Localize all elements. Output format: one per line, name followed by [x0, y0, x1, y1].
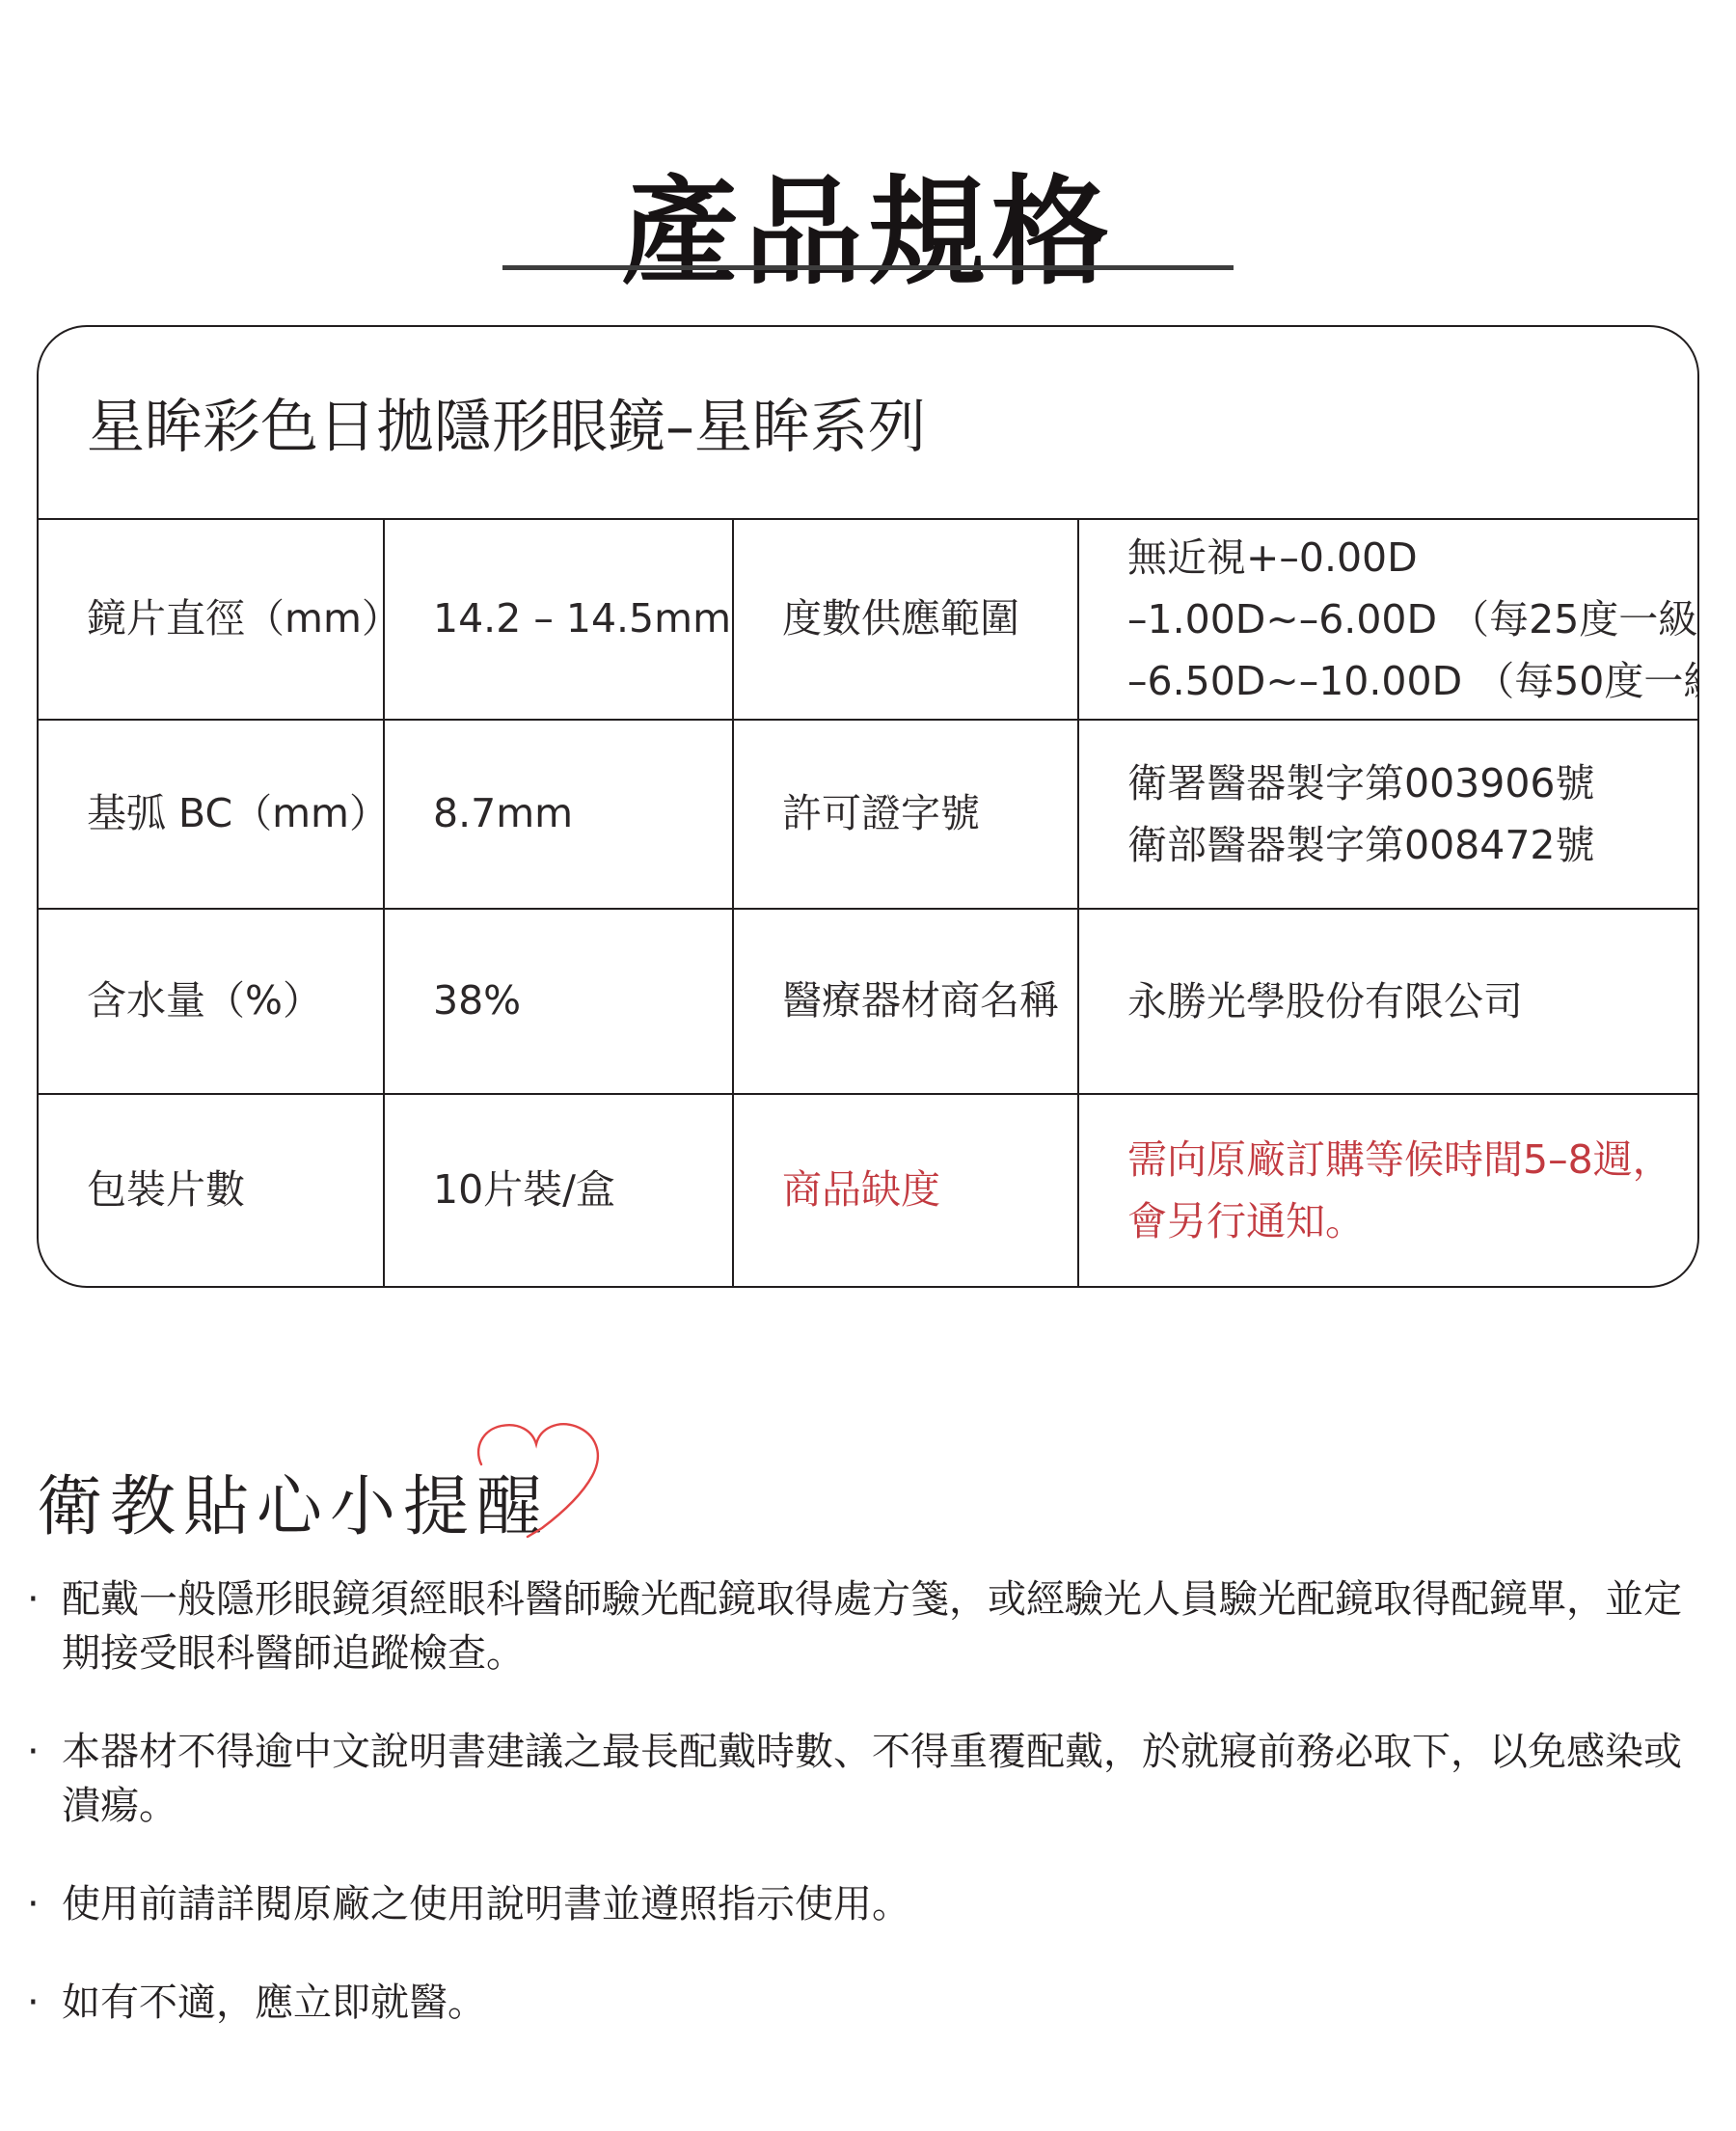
power-range-line: –6.50D~–10.00D （每50度一級） [1127, 650, 1697, 712]
bullet-dot: · [27, 1877, 62, 1931]
spec-label-water-content: 含水量（%） [39, 908, 383, 1093]
spec-table: 星眸彩色日拋隱形眼鏡–星眸系列 鏡片直徑（mm） 14.2 – 14.5mm 度… [37, 325, 1699, 1288]
spec-value-product-shortage: 需向原廠訂購等候時間5–8週， 會另行通知。 [1077, 1093, 1697, 1286]
spec-value-pack-quantity: 10片裝/盒 [383, 1093, 732, 1286]
shortage-line: 需向原廠訂購等候時間5–8週， [1127, 1129, 1672, 1190]
spec-label-diameter: 鏡片直徑（mm） [39, 518, 383, 719]
spec-value-water-content: 38% [383, 908, 732, 1093]
license-line: 衛署醫器製字第003906號 [1127, 752, 1595, 814]
shortage-line: 會另行通知。 [1127, 1190, 1672, 1252]
spec-value-diameter: 14.2 – 14.5mm [383, 518, 732, 719]
note-item: · 使用前請詳閱原廠之使用說明書並遵照指示使用。 [27, 1877, 1707, 1931]
spec-label-base-curve: 基弧 BC（mm） [39, 719, 383, 908]
note-item: · 配戴一般隱形眼鏡須經眼科醫師驗光配鏡取得處方箋，或經驗光人員驗光配鏡取得配鏡… [27, 1572, 1707, 1680]
note-text: 配戴一般隱形眼鏡須經眼科醫師驗光配鏡取得處方箋，或經驗光人員驗光配鏡取得配鏡單，… [62, 1572, 1707, 1680]
note-text: 使用前請詳閱原廠之使用說明書並遵照指示使用。 [62, 1877, 1707, 1931]
heart-outline-path [478, 1424, 598, 1537]
company-line: 永勝光學股份有限公司 [1127, 970, 1523, 1032]
spec-label-product-shortage: 商品缺度 [732, 1093, 1077, 1286]
spec-table-title: 星眸彩色日拋隱形眼鏡–星眸系列 [39, 327, 1697, 518]
license-line: 衛部醫器製字第008472號 [1127, 814, 1595, 876]
spec-label-power-range: 度數供應範圍 [732, 518, 1077, 719]
spec-value-license-number: 衛署醫器製字第003906號 衛部醫器製字第008472號 [1077, 719, 1697, 908]
note-text: 本器材不得逾中文說明書建議之最長配戴時數、不得重覆配戴，於就寢前務必取下，以免感… [62, 1725, 1707, 1833]
note-item: · 如有不適，應立即就醫。 [27, 1976, 1707, 2030]
bullet-dot: · [27, 1725, 62, 1833]
spec-value-company: 永勝光學股份有限公司 [1077, 908, 1697, 1093]
spec-label-pack-quantity: 包裝片數 [39, 1093, 383, 1286]
power-range-line: –1.00D~–6.00D （每25度一級） [1127, 588, 1697, 650]
power-range-line: 無近視+–0.00D [1127, 527, 1697, 588]
spec-label-license-number: 許可證字號 [732, 719, 1077, 908]
bullet-dot: · [27, 1572, 62, 1680]
bullet-dot: · [27, 1976, 62, 2030]
spec-label-company: 醫療器材商名稱 [732, 908, 1077, 1093]
heart-icon [472, 1420, 607, 1540]
spec-grid: 鏡片直徑（mm） 14.2 – 14.5mm 度數供應範圍 無近視+–0.00D… [39, 518, 1697, 1286]
spec-value-power-range: 無近視+–0.00D –1.00D~–6.00D （每25度一級） –6.50D… [1077, 518, 1697, 719]
notes-list: · 配戴一般隱形眼鏡須經眼科醫師驗光配鏡取得處方箋，或經驗光人員驗光配鏡取得配鏡… [27, 1572, 1707, 2074]
spec-value-base-curve: 8.7mm [383, 719, 732, 908]
page-title: 產品規格 [0, 174, 1736, 291]
note-item: · 本器材不得逾中文說明書建議之最長配戴時數、不得重覆配戴，於就寢前務必取下，以… [27, 1725, 1707, 1833]
title-underline [502, 265, 1234, 270]
note-text: 如有不適，應立即就醫。 [62, 1976, 1707, 2030]
